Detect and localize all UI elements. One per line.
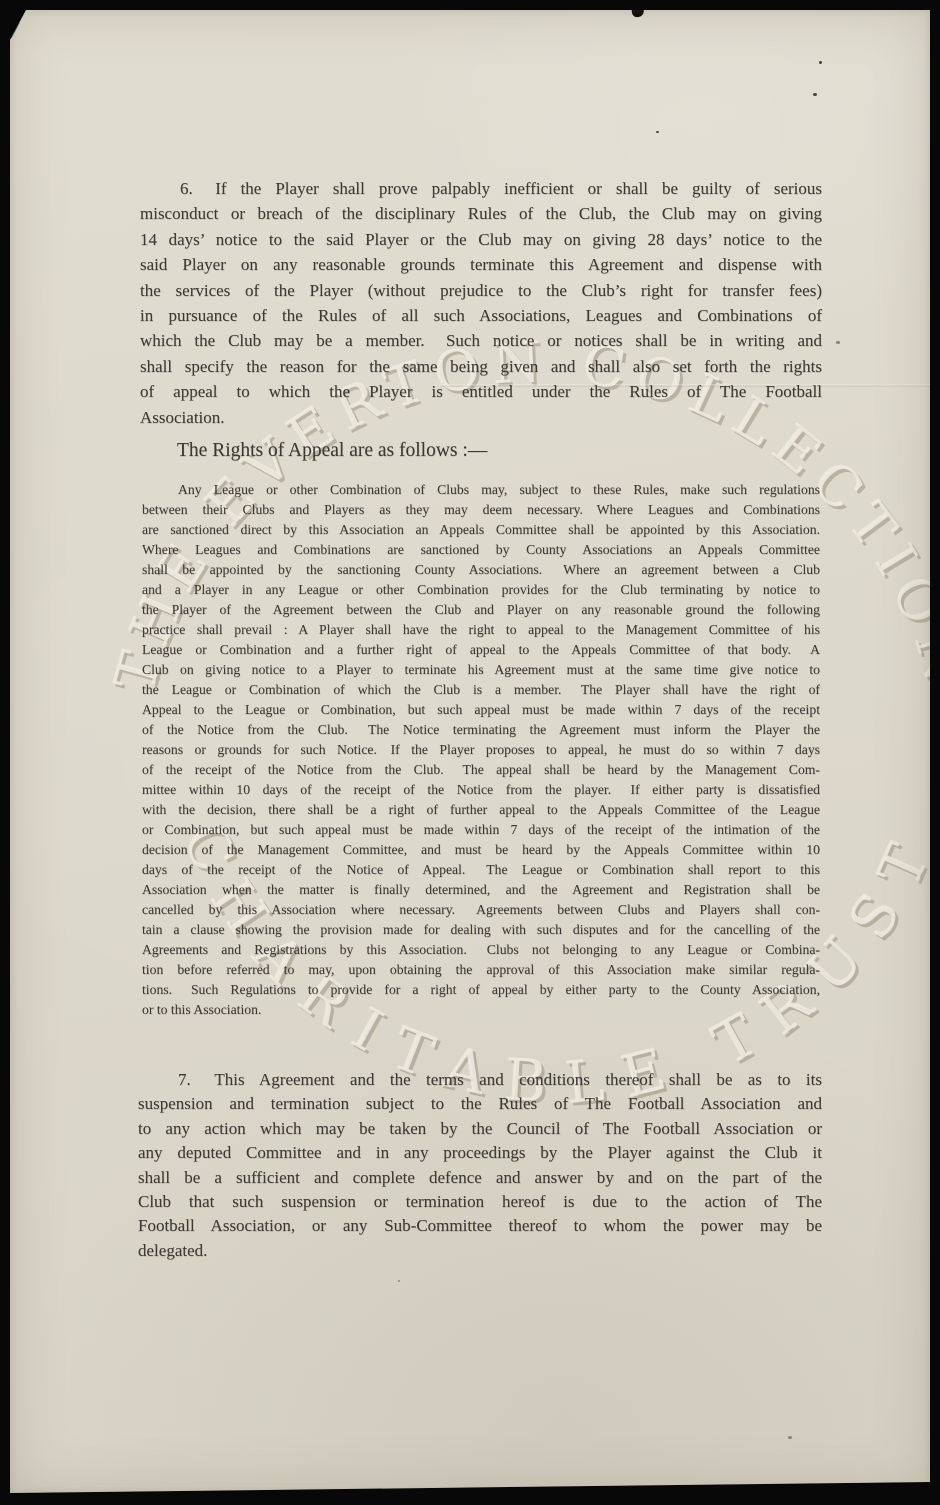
text-line: misconduct or breach of the disciplinary…	[140, 201, 822, 226]
text-line: and a Player in any League or other Comb…	[142, 580, 820, 600]
text-line: are sanctioned direct by this Associatio…	[142, 520, 820, 540]
text-line: 14 days’ notice to the said Player or th…	[140, 227, 822, 252]
paper-speck	[398, 1280, 400, 1282]
clause-7-paragraph: 7. This Agreement and the terms and cond…	[138, 1068, 822, 1263]
text-line: tions. Such Regulations to provide for a…	[142, 980, 820, 1000]
text-line: Club that such suspension or termination…	[138, 1190, 822, 1214]
text-line: shall be a sufficient and complete defen…	[138, 1166, 822, 1190]
text-line: said Player on any reasonable grounds te…	[140, 252, 822, 277]
text-line: with the decision, there shall be a righ…	[142, 800, 820, 820]
text-line: which the Club may be a member. Such not…	[140, 328, 822, 353]
text-line: Football Association, or any Sub-Committ…	[138, 1214, 822, 1238]
photo-backdrop: THE EVERTON COLLECTION THE EVERTON COLLE…	[0, 0, 940, 1505]
text-line: 6. If the Player shall prove palpably in…	[140, 176, 822, 201]
paper-speck	[788, 1436, 792, 1439]
text-line: of the Notice from the Club. The Notice …	[142, 720, 820, 740]
text-line: decision of the Management Committee, an…	[142, 840, 820, 860]
text-line: days of the receipt of the Notice of App…	[142, 860, 820, 880]
text-line: Association.	[140, 405, 822, 430]
text-line: Association when the matter is finally d…	[142, 880, 820, 900]
text-line: the League or Combination of which the C…	[142, 680, 820, 700]
text-line: or Combination, but such appeal must be …	[142, 820, 820, 840]
text-line: reasons or grounds for such Notice. If t…	[142, 740, 820, 760]
paper-speck	[813, 93, 817, 96]
text-line: in pursuance of the Rules of all such As…	[140, 303, 822, 328]
paper-speck	[819, 61, 822, 64]
text-line: shall specify the reason for the same be…	[140, 354, 822, 379]
text-line: League or Combination and a further righ…	[142, 640, 820, 660]
text-line: mittee within 10 days of the receipt of …	[142, 780, 820, 800]
text-line: Appeal to the League or Combination, but…	[142, 700, 820, 720]
text-line: tion before referred to may, upon obtain…	[142, 960, 820, 980]
text-line: of the receipt of the Notice from the Cl…	[142, 760, 820, 780]
text-line: Club on giving notice to a Player to ter…	[142, 660, 820, 680]
text-line: Any League or other Combination of Clubs…	[142, 480, 820, 500]
clause-6-paragraph: 6. If the Player shall prove palpably in…	[140, 176, 822, 430]
text-line: cancelled by this Association where nece…	[142, 900, 820, 920]
text-line: between their Clubs and Players as they …	[142, 500, 820, 520]
text-line: delegated.	[138, 1239, 822, 1263]
document-page: THE EVERTON COLLECTION THE EVERTON COLLE…	[10, 10, 930, 1493]
text-line: 7. This Agreement and the terms and cond…	[138, 1068, 822, 1092]
text-line: Where Leagues and Combinations are sanct…	[142, 540, 820, 560]
paper-speck	[656, 131, 659, 133]
paper-speck	[836, 341, 840, 344]
text-line: suspension and termination subject to th…	[138, 1092, 822, 1116]
text-line: any deputed Committee and in any proceed…	[138, 1141, 822, 1165]
text-line: Agreements and Registrations by this Ass…	[142, 940, 820, 960]
text-line: or to this Association.	[142, 1000, 820, 1020]
text-line: tain a clause showing the provision made…	[142, 920, 820, 940]
appeal-rules-paragraph: Any League or other Combination of Clubs…	[142, 480, 820, 1020]
text-line: the services of the Player (without prej…	[140, 278, 822, 303]
text-line: practice shall prevail : A Player shall …	[142, 620, 820, 640]
text-line: shall be appointed by the sanctioning Co…	[142, 560, 820, 580]
text-line: the Player of the Agreement between the …	[142, 600, 820, 620]
rights-of-appeal-heading: The Rights of Appeal are as follows :—	[177, 440, 487, 462]
text-line: of appeal to which the Player is entitle…	[140, 379, 822, 404]
text-line: to any action which may be taken by the …	[138, 1117, 822, 1141]
